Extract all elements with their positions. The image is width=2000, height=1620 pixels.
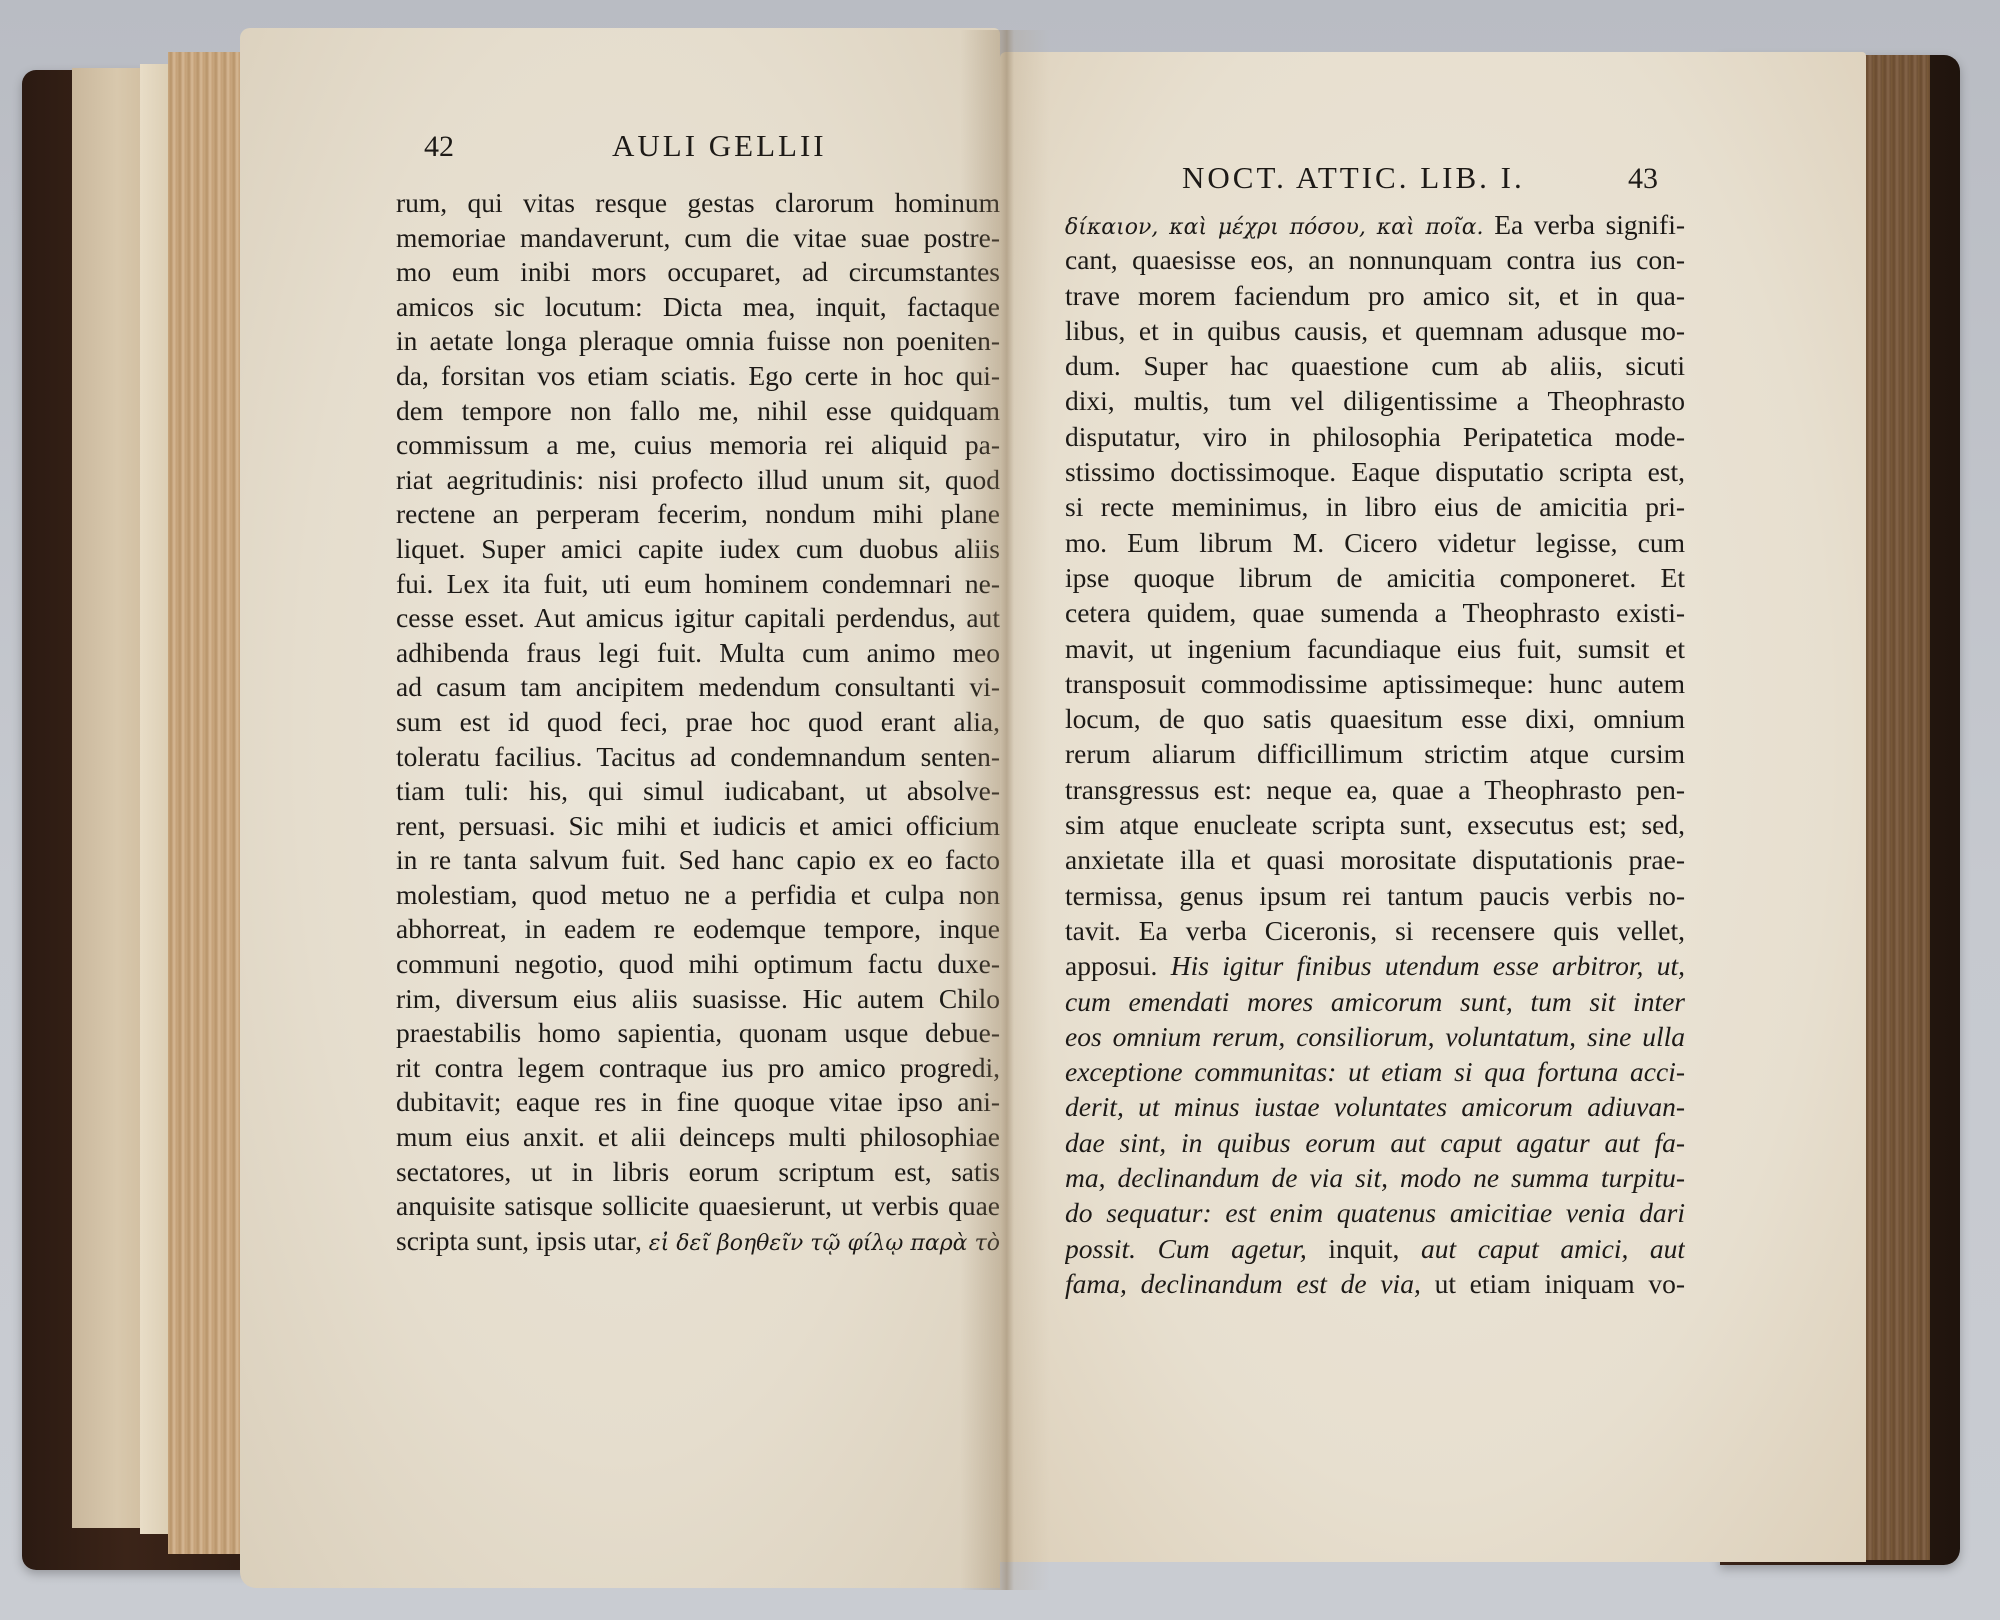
text-line: commissum a me, cuius memoria rei aliqui… (396, 428, 1000, 463)
text-line: communi negotio, quod mihi optimum factu… (396, 947, 1000, 982)
text-line: rum, qui vitas resque gestas clarorum ho… (396, 186, 1000, 221)
text-line: possit. Cum agetur, inquit, aut caput am… (1065, 1231, 1685, 1266)
italic-quote: Cum agetur, (1158, 1233, 1307, 1264)
text-line: dem tempore non fallo me, nihil esse qui… (396, 394, 1000, 429)
italic-quote-line: exceptione communitas: ut etiam si qua f… (1065, 1054, 1685, 1089)
left-page-edges (168, 52, 246, 1554)
text-line: dixi, multis, tum vel diligentissime a T… (1065, 383, 1685, 418)
text-line: in aetate longa pleraque omnia fuisse no… (396, 324, 1000, 359)
text-line: scripta sunt, ipsis utar, εἰ δεῖ βοηθεῖν… (396, 1224, 1000, 1259)
greek-text: δίκαιον, καὶ μέχρι πόσου, καὶ ποῖα. (1065, 215, 1484, 240)
text-line: cant, quaesisse eos, an nonnunquam contr… (1065, 242, 1685, 277)
text-line: mo eum inibi mors occuparet, ad circumst… (396, 255, 1000, 290)
text-line: rim, diversum eius aliis suasisse. Hic a… (396, 982, 1000, 1017)
italic-quote-line: eos omnium rerum, consiliorum, voluntatu… (1065, 1019, 1685, 1054)
text-line: dubitavit; eaque res in fine quoque vita… (396, 1085, 1000, 1120)
text-line: rent, persuasi. Sic mihi et iudicis et a… (396, 809, 1000, 844)
text-line: termissa, genus ipsum rei tantum paucis … (1065, 878, 1685, 913)
left-running-head: AULI GELLII (612, 128, 827, 164)
italic-quote-line: cum emendati mores amicorum sunt, tum si… (1065, 984, 1685, 1019)
italic-quote: possit. (1065, 1233, 1136, 1264)
latin-text: inquit, (1328, 1233, 1399, 1264)
italic-quote: fama, declinandum est de via, (1065, 1268, 1421, 1299)
text-line: liquet. Super amici capite iudex cum duo… (396, 532, 1000, 567)
italic-quote-line: derit, ut minus iustae voluntates amicor… (1065, 1089, 1685, 1124)
text-line: rerum aliarum difficillimum strictim atq… (1065, 736, 1685, 771)
text-line: transposuit commodissime aptissimeque: h… (1065, 666, 1685, 701)
text-line: dum. Super hac quaestione cum ab aliis, … (1065, 348, 1685, 383)
italic-quote: His igitur finibus utendum esse arbitror… (1171, 950, 1685, 981)
text-line: libus, et in quibus causis, et quemnam a… (1065, 313, 1685, 348)
text-line: fama, declinandum est de via, ut etiam i… (1065, 1266, 1685, 1301)
text-line: adhibenda fraus legi fuit. Multa cum ani… (396, 636, 1000, 671)
text-line: da, forsitan vos etiam sciatis. Ego cert… (396, 359, 1000, 394)
text-line: toleratu facilius. Tacitus ad condemnand… (396, 740, 1000, 775)
text-line: amicos sic locutum: Dicta mea, inquit, f… (396, 290, 1000, 325)
text-line: rit contra legem contraque ius pro amico… (396, 1051, 1000, 1086)
text-line: memoriae mandaverunt, cum die vitae suae… (396, 221, 1000, 256)
text-line: locum, de quo satis quaesitum esse dixi,… (1065, 701, 1685, 736)
text-line: sim atque enucleate scripta sunt, exsecu… (1065, 807, 1685, 842)
greek-text: εἰ δεῖ βοηθεῖν τῷ φίλῳ παρὰ τὸ (649, 1231, 1000, 1256)
left-page-number: 42 (424, 130, 454, 164)
right-page-edges (1864, 55, 1930, 1560)
text-line: tiam tuli: his, qui simul iudicabant, ut… (396, 774, 1000, 809)
text-line: stissimo doctissimoque. Eaque disputatio… (1065, 454, 1685, 489)
text-line: sectatores, ut in libris eorum scriptum … (396, 1155, 1000, 1190)
text-line: ipse quoque librum de amicitia componere… (1065, 560, 1685, 595)
text-line: abhorreat, in eadem re eodemque tempore,… (396, 912, 1000, 947)
text-line: cesse esset. Aut amicus igitur capitali … (396, 601, 1000, 636)
italic-quote-line: do sequatur: est enim quatenus amicitiae… (1065, 1195, 1685, 1230)
text-line: transgressus est: neque ea, quae a Theop… (1065, 772, 1685, 807)
latin-text: ut etiam iniquam vo- (1435, 1268, 1685, 1299)
text-line: rectene an perperam fecerim, nondum mihi… (396, 497, 1000, 532)
text-line: disputatur, viro in philosophia Peripate… (1065, 419, 1685, 454)
text-line: in re tanta salvum fuit. Sed hanc capio … (396, 843, 1000, 878)
text-line: molestiam, quod metuo ne a perfidia et c… (396, 878, 1000, 913)
right-page-number: 43 (1628, 162, 1658, 196)
italic-quote-line: dae sint, in quibus eorum aut caput agat… (1065, 1125, 1685, 1160)
text-line: anquisite satisque sollicite quaesierunt… (396, 1189, 1000, 1224)
left-page-text: rum, qui vitas resque gestas clarorum ho… (396, 186, 1000, 1258)
italic-quote: aut caput amici, aut (1421, 1233, 1685, 1264)
text-line: mo. Eum librum M. Cicero videtur legisse… (1065, 525, 1685, 560)
text-line: apposui. His igitur finibus utendum esse… (1065, 948, 1685, 983)
italic-quote-line: ma, declinandum de via sit, modo ne summ… (1065, 1160, 1685, 1195)
text-line: trave morem faciendum pro amico sit, et … (1065, 278, 1685, 313)
text-line: anxietate illa et quasi morositate dispu… (1065, 842, 1685, 877)
text-line: ad casum tam ancipitem medendum consulta… (396, 670, 1000, 705)
right-running-head: NOCT. ATTIC. LIB. I. (1182, 160, 1525, 196)
text-line: si recte meminimus, in libro eius de ami… (1065, 489, 1685, 524)
text-line: fui. Lex ita fuit, uti eum hominem conde… (396, 567, 1000, 602)
text-line: mavit, ut ingenium facundiaque eius fuit… (1065, 631, 1685, 666)
text-line: δίκαιον, καὶ μέχρι πόσου, καὶ ποῖα. Ea v… (1065, 207, 1685, 242)
text-line: cetera quidem, quae sumenda a Theophrast… (1065, 595, 1685, 630)
latin-text: Ea verba signifi- (1494, 209, 1685, 240)
text-line: praestabilis homo sapientia, quonam usqu… (396, 1016, 1000, 1051)
text-line: mum eius anxit. et alii deinceps multi p… (396, 1120, 1000, 1155)
open-book-photo: 42 AULI GELLII rum, qui vitas resque ges… (0, 0, 2000, 1620)
text-line: sum est id quod feci, prae hoc quod eran… (396, 705, 1000, 740)
text-line: tavit. Ea verba Ciceronis, si recensere … (1065, 913, 1685, 948)
latin-text: apposui. (1065, 950, 1157, 981)
latin-text: scripta sunt, ipsis utar, (396, 1225, 642, 1256)
right-page-text: δίκαιον, καὶ μέχρι πόσου, καὶ ποῖα. Ea v… (1065, 207, 1685, 1301)
text-line: riat aegritudinis: nisi profecto illud u… (396, 463, 1000, 498)
